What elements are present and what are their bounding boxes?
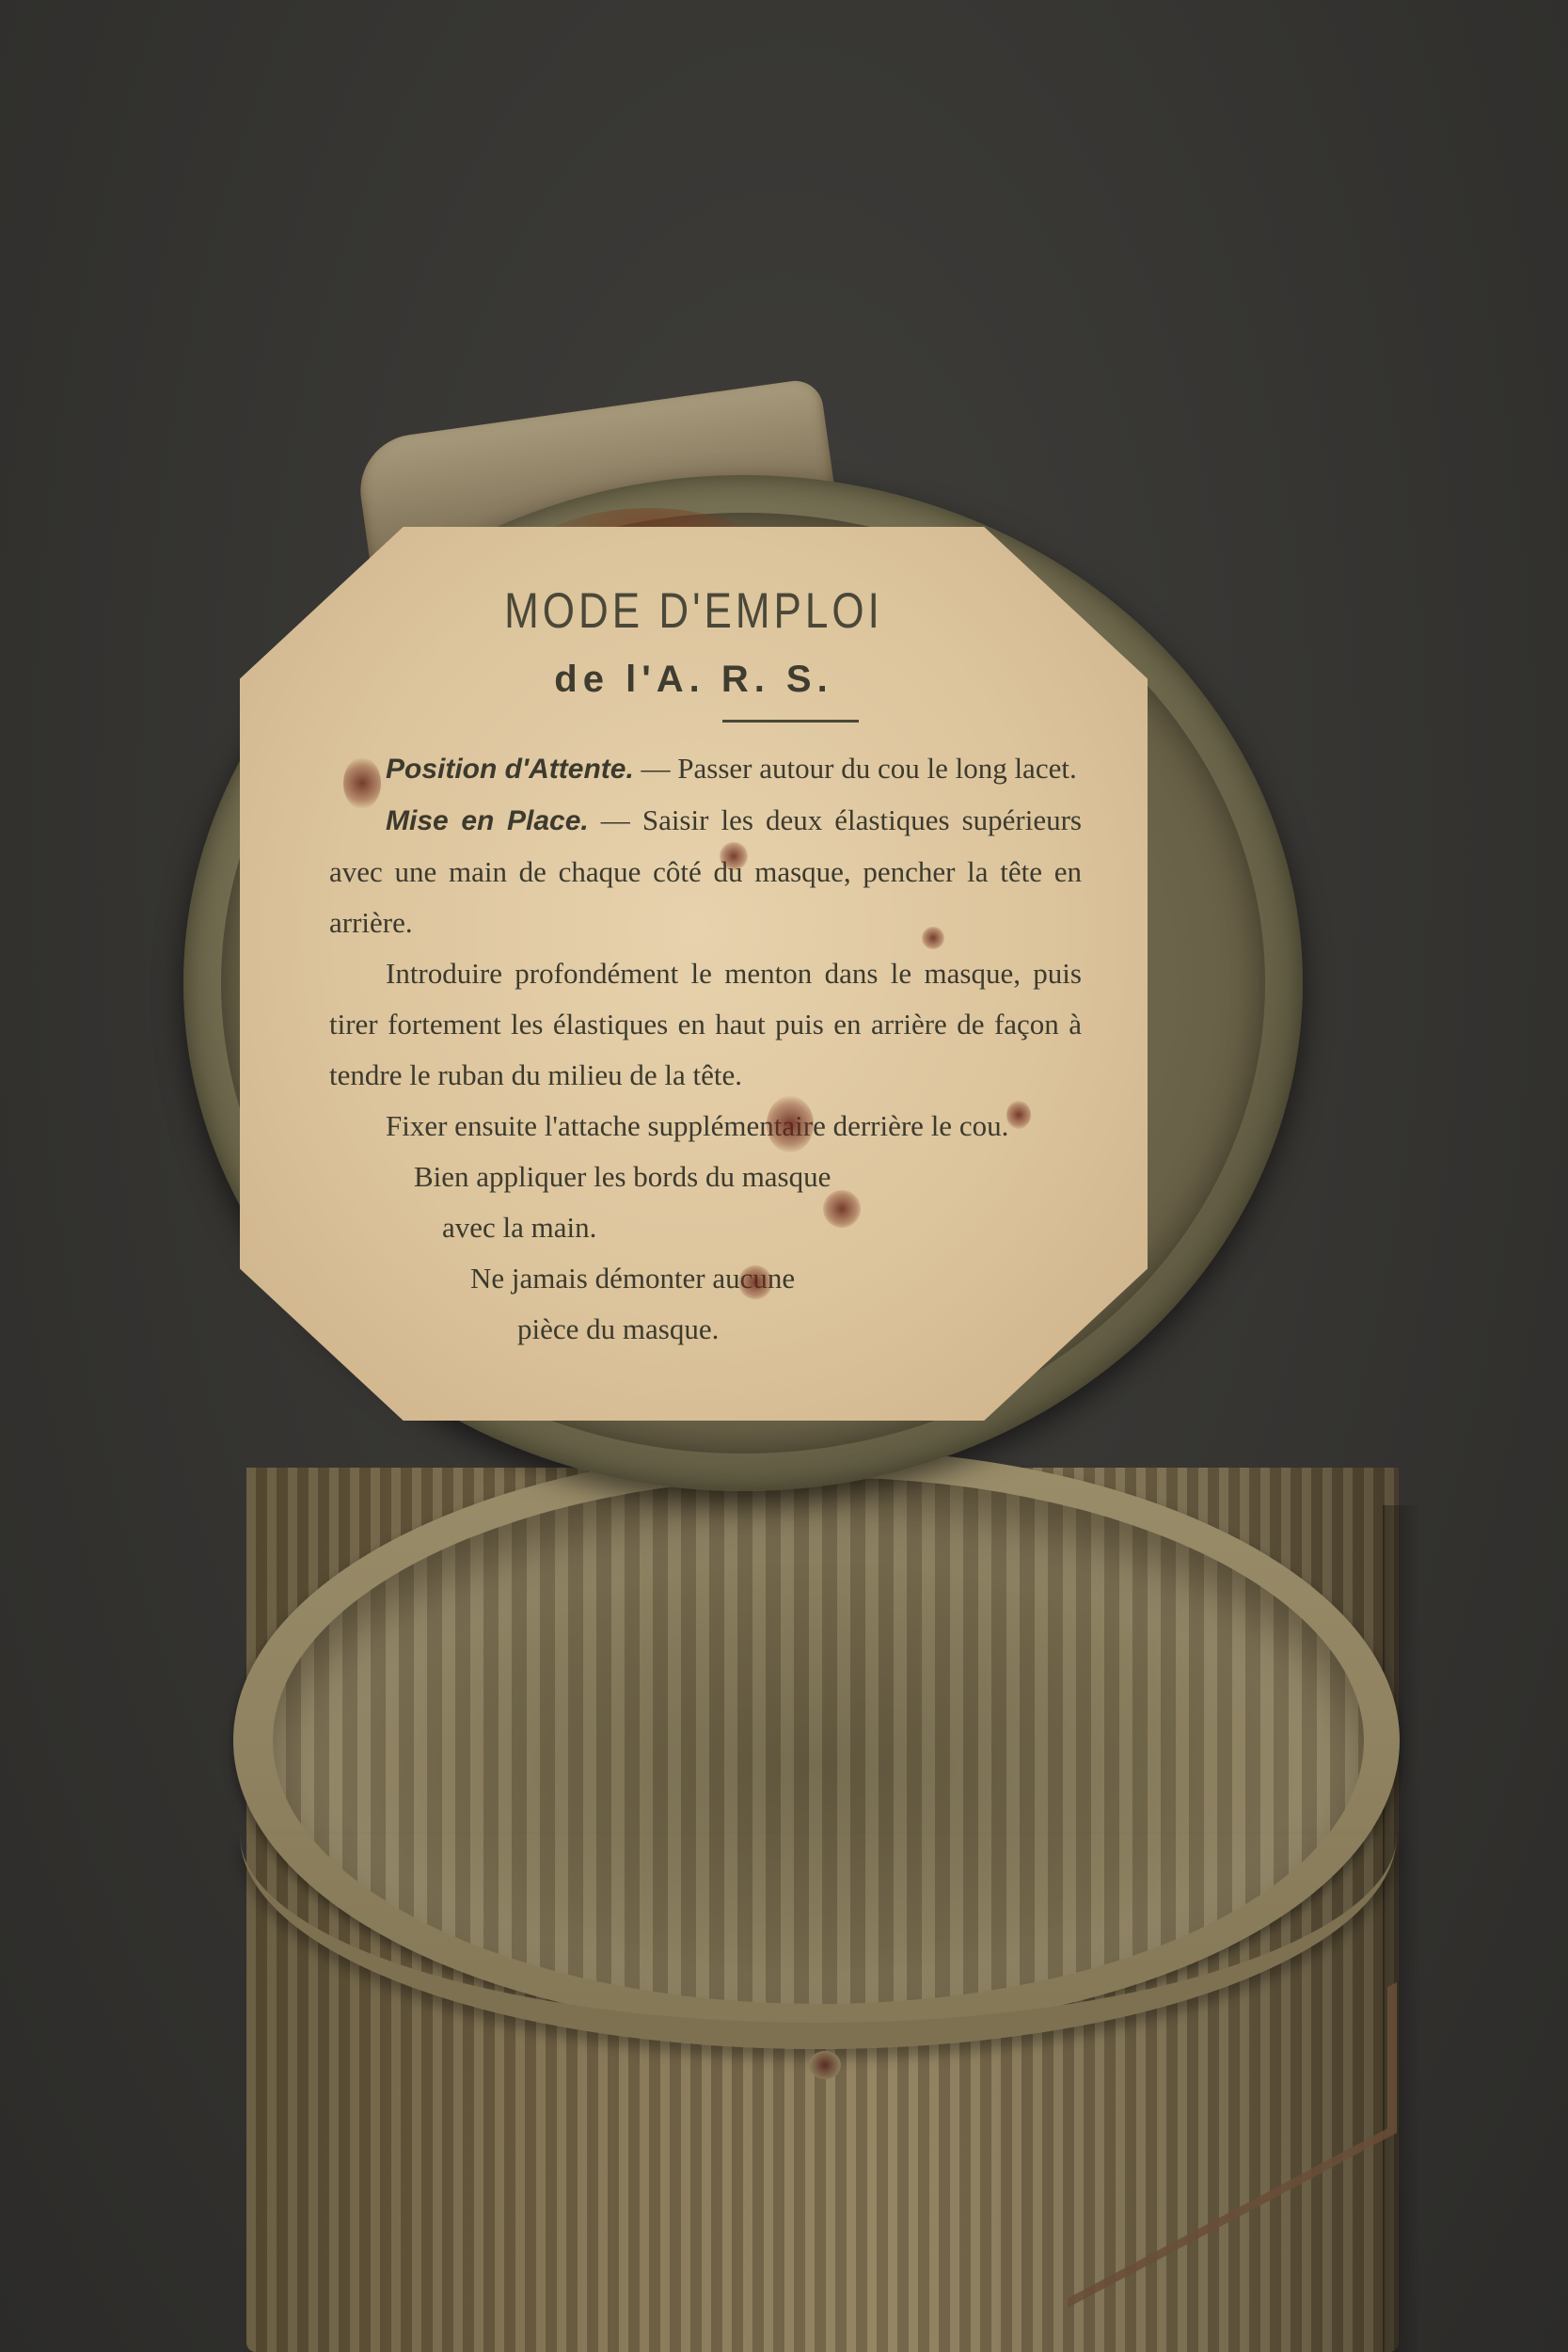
rust-spot: [738, 1265, 772, 1299]
rust-spot: [343, 757, 381, 809]
rust-spot: [767, 1096, 814, 1152]
label-subtitle: de l'A. R. S.: [240, 659, 1148, 701]
heading: Position d'Attente.: [386, 754, 634, 785]
paragraph-mise-en-place: Mise en Place. — Saisir les deux élastiq…: [329, 795, 1082, 948]
rust-spot: [1006, 1101, 1031, 1129]
paragraph-position-attente: Position d'Attente. — Passer autour du c…: [329, 743, 1082, 795]
photo-scene: MODE D'EMPLOI de l'A. R. S. Position d'A…: [0, 0, 1568, 2352]
rust-spot: [720, 842, 748, 870]
closing-line: Bien appliquer les bords du masque: [329, 1152, 1082, 1202]
closing-lines: Bien appliquer les bords du masque avec …: [329, 1152, 1082, 1355]
closing-line: Ne jamais démonter aucune: [329, 1253, 1082, 1304]
closing-line: pièce du masque.: [329, 1304, 1082, 1355]
paragraph-introduire: Introduire profondément le menton dans l…: [329, 948, 1082, 1101]
can-shadow: [1383, 1505, 1420, 2352]
rust-spot: [823, 1190, 861, 1228]
rivet: [809, 2051, 841, 2079]
paragraph-fixer: Fixer ensuite l'attache supplémentaire d…: [329, 1101, 1082, 1152]
paragraph-text: — Passer autour du cou le long lacet.: [634, 752, 1077, 785]
label-rule: [722, 720, 859, 723]
closing-line: avec la main.: [329, 1202, 1082, 1253]
heading: Mise en Place.: [386, 805, 589, 836]
paragraph-text: Introduire profondément le menton dans l…: [329, 957, 1082, 1091]
instruction-label: MODE D'EMPLOI de l'A. R. S. Position d'A…: [240, 527, 1148, 1421]
label-title: MODE D'EMPLOI: [240, 583, 1148, 640]
rust-spot: [922, 927, 944, 949]
paragraph-text: Fixer ensuite l'attache supplémentaire d…: [386, 1109, 1008, 1142]
label-body: Position d'Attente. — Passer autour du c…: [329, 743, 1082, 1355]
